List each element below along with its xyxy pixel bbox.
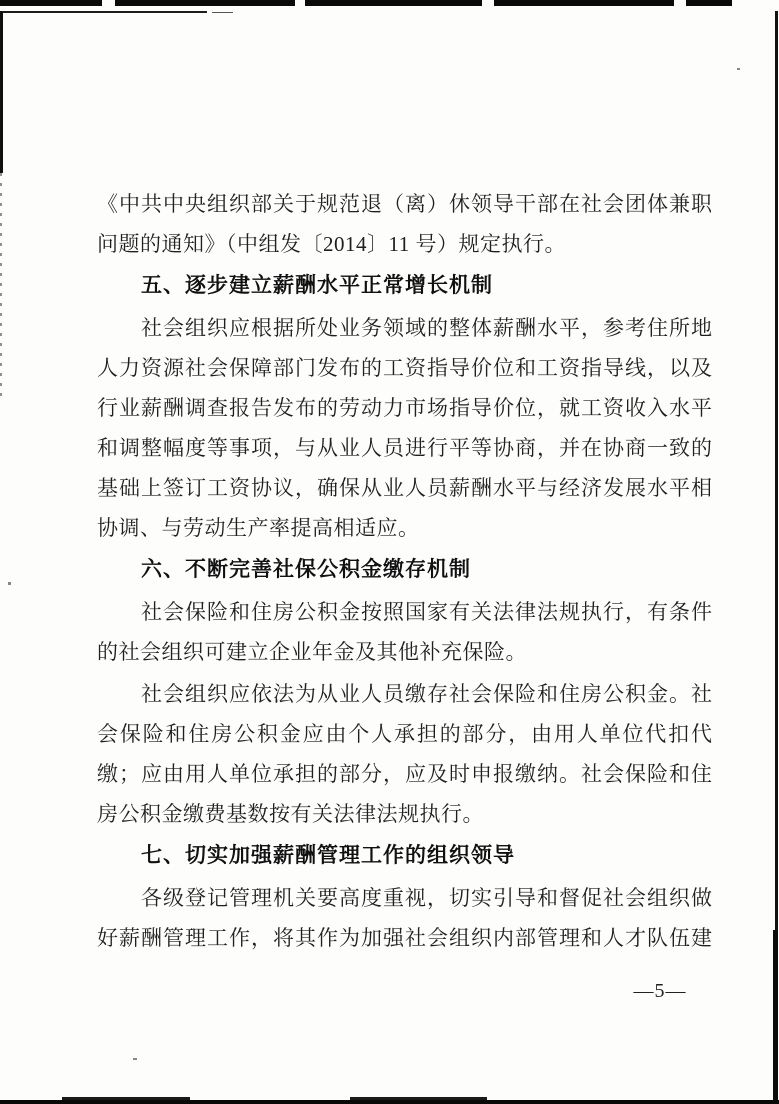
document-page: 《中共中央组织部关于规范退（离）休领导干部在社会团体兼职问题的通知》（中组发〔2… (0, 0, 779, 1104)
scan-artifact-bottom-bar (350, 1097, 487, 1100)
text-line: 会保险和住房公积金应由个人承担的部分，由用人单位代扣代 (97, 714, 712, 754)
scan-artifact-top-bar (494, 0, 674, 6)
text-line: 社会组织应依法为从业人员缴存社会保险和住房公积金。社 (97, 674, 712, 714)
scan-artifact-bottom-bar (62, 1097, 190, 1100)
scan-artifact-left-edge (0, 173, 2, 403)
section-heading: 七、切实加强薪酬管理工作的组织领导 (97, 836, 712, 876)
text-line: 社会保险和住房公积金按照国家有关法律法规执行，有条件 (97, 592, 712, 632)
text-line: 好薪酬管理工作，将其作为加强社会组织内部管理和人才队伍建 (97, 918, 712, 958)
section-heading: 六、不断完善社保公积金缴存机制 (97, 550, 712, 590)
scan-artifact-top-line (212, 12, 233, 13)
text-line: 人力资源社会保障部门发布的工资指导价位和工资指导线，以及 (97, 348, 712, 388)
scan-artifact-top-line (0, 11, 207, 13)
text-line: 协调、与劳动生产率提高相适应。 (97, 508, 712, 548)
scan-speck (8, 582, 11, 585)
text-line: 各级登记管理机关要高度重视，切实引导和督促社会组织做 (97, 878, 712, 918)
text-line: 缴；应由用人单位承担的部分，应及时申报缴纳。社会保险和住 (97, 754, 712, 794)
scan-artifact-right-edge (773, 930, 778, 1104)
scan-artifact-top-bar (686, 0, 732, 6)
scan-artifact-top-bar (115, 0, 295, 6)
text-line: 《中共中央组织部关于规范退（离）休领导干部在社会团体兼职 (97, 184, 712, 224)
scan-speck (133, 1058, 137, 1060)
scan-artifact-left-edge (0, 11, 3, 173)
text-line: 行业薪酬调查报告发布的劳动力市场指导价位，就工资收入水平 (97, 388, 712, 428)
page-number: —5— (620, 980, 700, 1003)
text-block: 《中共中央组织部关于规范退（离）休领导干部在社会团体兼职问题的通知》（中组发〔2… (97, 184, 712, 958)
scan-artifact-bottom-bar (0, 1100, 779, 1104)
text-line: 基础上签订工资协议，确保从业人员薪酬水平与经济发展水平相 (97, 468, 712, 508)
scan-artifact-top-bar (305, 0, 482, 6)
scan-artifact-top-bar (0, 0, 102, 6)
scan-speck (737, 68, 740, 70)
section-heading: 五、逐步建立薪酬水平正常增长机制 (97, 266, 712, 306)
text-line: 社会组织应根据所处业务领域的整体薪酬水平，参考住所地 (97, 308, 712, 348)
text-line: 问题的通知》（中组发〔2014〕11 号）规定执行。 (97, 224, 712, 264)
text-line: 的社会组织可建立企业年金及其他补充保险。 (97, 632, 712, 672)
text-line: 和调整幅度等事项，与从业人员进行平等协商，并在协商一致的 (97, 428, 712, 468)
text-line: 房公积金缴费基数按有关法律法规执行。 (97, 794, 712, 834)
